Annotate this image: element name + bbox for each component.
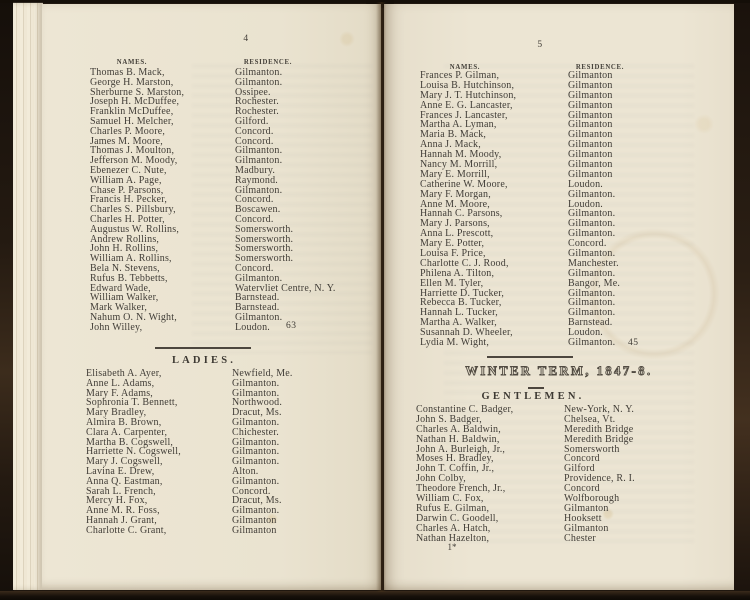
page-fore-edges-left [13,2,43,590]
page-number-right: 5 [520,40,560,50]
right-page: 5 NAMES. RESIDENCE. Frances P. Gilman, G… [384,4,734,590]
section-count-right: 45 [628,338,639,348]
book-cover-right-edge [734,0,750,600]
catalog-row: John Willey, Loudon. [42,323,381,333]
ladies-list-continued: Frances P. Gilman, Gilmanton Louisa B. H… [384,71,734,348]
scan-top-edge [0,0,750,3]
residence-column-header-left: RESIDENCE. [223,59,313,66]
names-column-header-left: NAMES. [87,59,177,66]
page-number-left: 4 [226,34,266,44]
scan-bottom-edge [0,591,750,600]
winter-term-heading: WINTER TERM, 1847-8. [384,364,734,379]
student-residence: Gilmanton [232,526,277,536]
section-divider-rule [155,347,251,349]
scanned-book-spread: 4 NAMES. RESIDENCE. Thomas B. Mack, Gilm… [0,0,750,600]
book-gutter [376,2,386,592]
section-count-left: 63 [286,321,297,331]
student-name: John Willey, [90,323,142,333]
student-residence: Chester [564,534,596,544]
student-name: Lydia M. Wight, [420,338,489,348]
ladies-list: Elisabeth A. Ayer, Newfield, Me. Anne L.… [42,369,381,536]
catalog-row: Lydia M. Wight, Gilmanton. [384,338,734,348]
ladies-section-heading: LADIES. [144,355,264,366]
term-divider-rule [487,356,573,358]
student-residence: Loudon. [235,323,270,333]
book-cover-left-edge [0,0,14,600]
signature-mark: 1* [437,542,467,552]
catalog-row: Charlotte C. Grant, Gilmanton [42,526,381,536]
gentlemen-list-winter-term: Constantine C. Badger, New-York, N. Y. J… [384,405,734,543]
student-residence: Gilmanton. [568,338,615,348]
gentlemen-list-continued: Thomas B. Mack, Gilmanton. George H. Mar… [42,68,381,333]
student-name: Charlotte C. Grant, [86,526,166,536]
left-page: 4 NAMES. RESIDENCE. Thomas B. Mack, Gilm… [42,4,381,590]
short-rule [528,387,544,389]
gentlemen-section-heading: GENTLEMEN. [473,391,593,402]
